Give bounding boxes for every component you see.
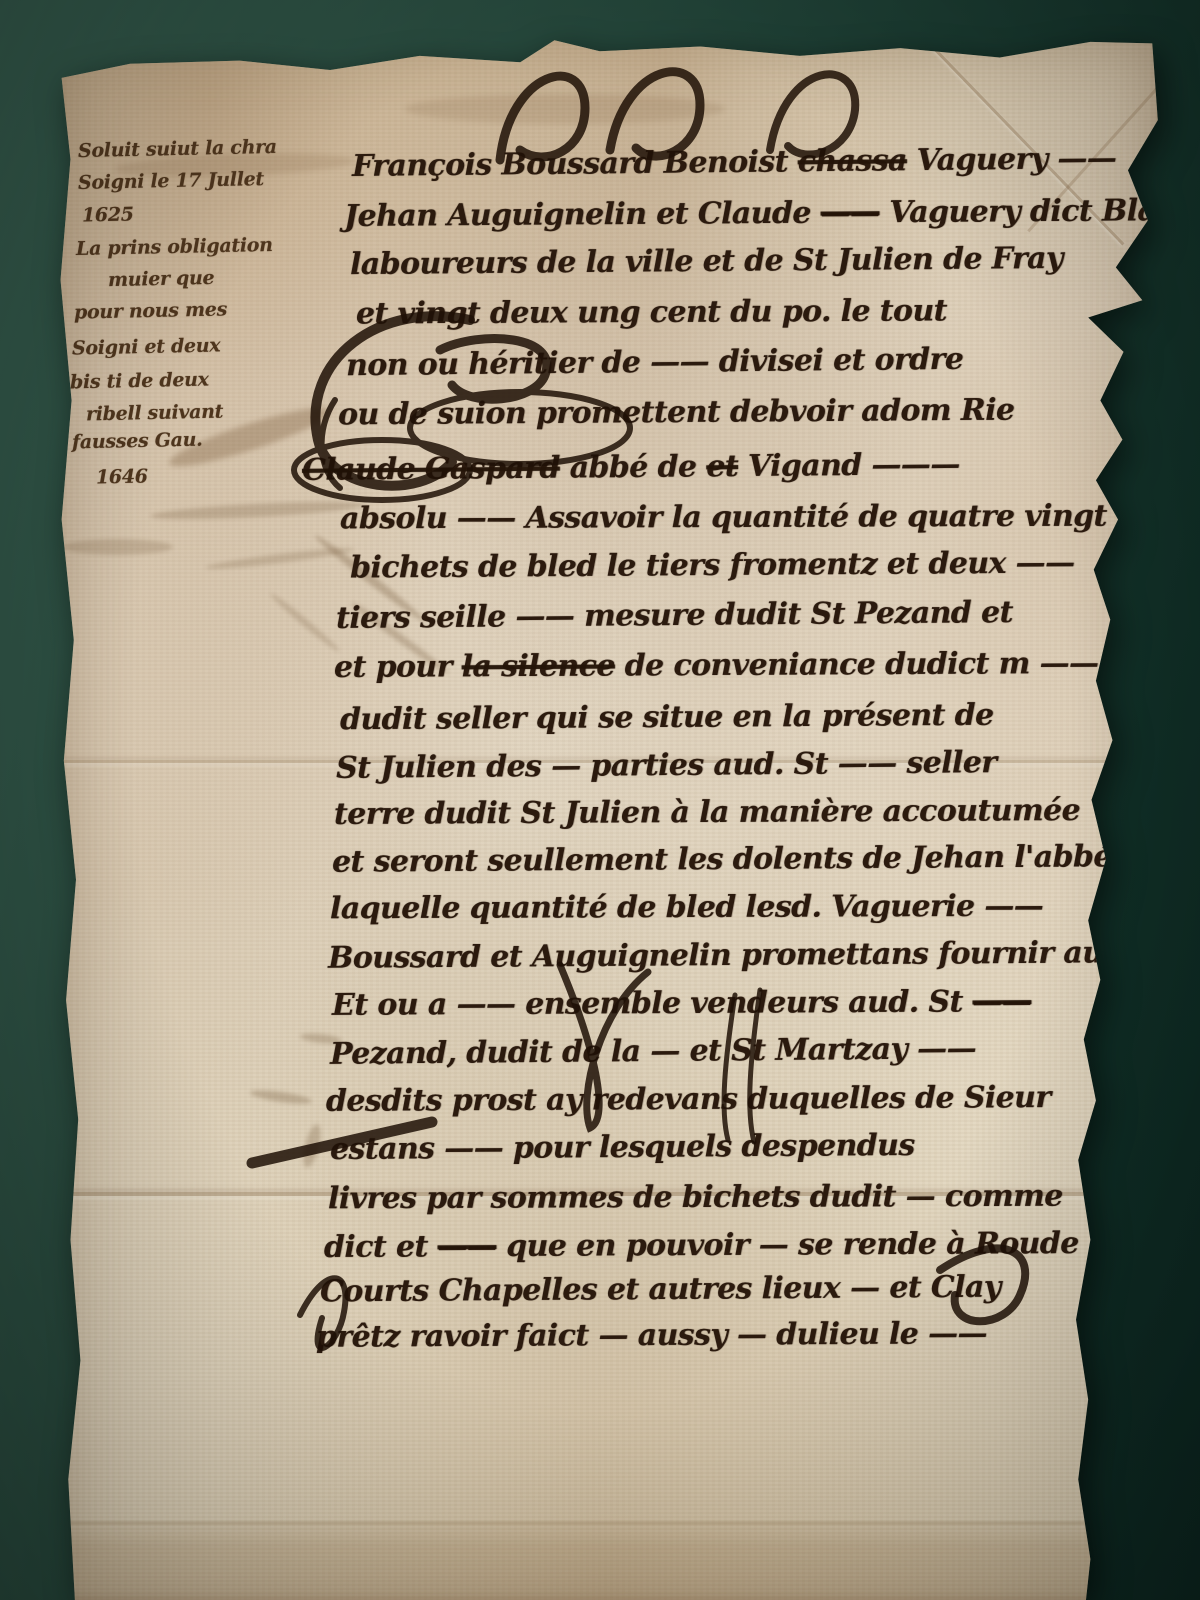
line-text: Boussard et Auguignelin promettans fourn… (328, 935, 1134, 976)
manuscript-paper: Soluit suiut la chraSoigni le 17 Jullet1… (55, 34, 1160, 1600)
margin-note: bis ti de deux (70, 369, 209, 394)
line-text: Vaguery —— (907, 141, 1117, 178)
line-text: laboureurs de la ville et de St Julien d… (350, 241, 1063, 282)
margin-note: Soluit suiut la chra (78, 136, 277, 162)
manuscript-line: tiers seille —— mesure dudit St Pezand e… (336, 595, 1013, 636)
manuscript-line: Et ou a —— ensemble vendeurs aud. St —— (332, 984, 1032, 1023)
line-text: Vaguery dict Blanc (879, 193, 1195, 230)
margin-note: Soigni le 17 Jullet (78, 168, 264, 194)
line-text: abbé de (560, 449, 707, 485)
line-text: prêtz ravoir faict — aussy — dulieu le —… (316, 1316, 987, 1355)
margin-note: pour nous mes (74, 298, 227, 323)
line-text: et seront seullement les dolents de Jeha… (332, 839, 1112, 879)
manuscript-line: François Boussard Benoist chassa Vaguery… (352, 141, 1117, 184)
line-text: non ou héritier de —— divisei et ordre (346, 342, 964, 383)
struck-text: —— (437, 1229, 496, 1264)
ink-mark (250, 1088, 313, 1107)
line-text: laquelle quantité de bled lesd. Vaguerie… (330, 889, 1043, 926)
manuscript-line: Jehan Auguignelin et Claude —— Vaguery d… (344, 193, 1195, 234)
bleedthrough-mark (405, 94, 725, 124)
ink-offset-smear (63, 539, 173, 555)
line-text: bichets de bled le tiers fromentz et deu… (350, 545, 1075, 585)
manuscript-line: laquelle quantité de bled lesd. Vaguerie… (330, 889, 1043, 926)
line-text: St Julien des — parties aud. St —— selle… (336, 745, 997, 786)
line-text: ou de suion promettent debvoir adom Rie (338, 393, 1015, 433)
margin-note: 1625 (82, 203, 134, 226)
manuscript-line: dudit seller qui se situe en la présent … (340, 698, 994, 738)
struck-text: Claude Gaspard (302, 451, 560, 488)
struck-text: la silence (462, 649, 615, 685)
line-text: et pour (334, 649, 462, 685)
line-text: dict et (324, 1229, 438, 1265)
line-text: que en pouvoir — se rende à Roude (496, 1226, 1079, 1264)
struck-text: et (706, 449, 738, 484)
ink-flourish-top-loop-3 (770, 74, 855, 154)
line-text: Et ou a —— ensemble vendeurs aud. St (332, 984, 973, 1022)
line-text: livres par sommes de bichets dudit — com… (328, 1179, 1063, 1217)
line-text: desdits prost ay redevans duquelles de S… (326, 1080, 1051, 1119)
manuscript-line: terre dudit St Julien à la manière accou… (334, 793, 1080, 832)
line-text: absolu —— Assavoir la quantité de quatre… (340, 499, 1107, 537)
manuscript-line: et vingt deux ung cent du po. le tout (356, 293, 947, 331)
manuscript-line: prêtz ravoir faict — aussy — dulieu le —… (316, 1316, 987, 1355)
line-text: terre dudit St Julien à la manière accou… (334, 793, 1080, 832)
ink-stroke-mark (268, 591, 341, 654)
line-text: Vigand ——— (738, 447, 960, 484)
line-text: Jehan Auguignelin et Claude (344, 196, 821, 234)
manuscript-line: ou de suion promettent debvoir adom Rie (338, 393, 1015, 433)
line-text: dudit seller qui se situe en la présent … (340, 698, 994, 738)
manuscript-line: Claude Gaspard abbé de et Vigand ——— (302, 447, 960, 488)
manuscript-line: livres par sommes de bichets dudit — com… (328, 1179, 1063, 1217)
margin-note: ribell suivant (86, 401, 224, 426)
manuscript-line: absolu —— Assavoir la quantité de quatre… (340, 499, 1107, 537)
struck-text: —— (820, 195, 879, 230)
manuscript-line: non ou héritier de —— divisei et ordre (346, 342, 964, 383)
margin-note: La prins obligation (76, 234, 273, 260)
photo-backdrop: Soluit suiut la chraSoigni le 17 Jullet1… (0, 0, 1200, 1600)
line-text: et vingt deux ung cent du po. le tout (356, 293, 947, 331)
paper-wrapper: Soluit suiut la chraSoigni le 17 Jullet1… (0, 0, 1200, 1600)
manuscript-line: St Julien des — parties aud. St —— selle… (336, 745, 997, 786)
manuscript-line: Boussard et Auguignelin promettans fourn… (328, 935, 1134, 976)
line-text: estans —— pour lesquels despendus (330, 1128, 915, 1167)
line-text: de conveniance dudict m —— (615, 646, 1099, 684)
line-text: Courts Chapelles et autres lieux — et Cl… (320, 1270, 1001, 1310)
ink-mark (300, 1123, 324, 1169)
struck-text: —— (972, 984, 1031, 1019)
manuscript-line: laboureurs de la ville et de St Julien d… (350, 241, 1063, 282)
manuscript-line: et pour la silence de conveniance dudict… (334, 646, 1099, 685)
line-text: Pezand, dudit de la — et St Martzay —— (330, 1031, 976, 1072)
manuscript-line: dict et —— que en pouvoir — se rende à R… (324, 1226, 1079, 1265)
manuscript-line: Pezand, dudit de la — et St Martzay —— (330, 1031, 976, 1072)
margin-note: 1646 (96, 465, 148, 488)
margin-note: Soigni et deux (72, 334, 221, 359)
margin-note: fausses Gau. (72, 429, 203, 454)
line-text: François Boussard Benoist (352, 144, 798, 184)
manuscript-line: Courts Chapelles et autres lieux — et Cl… (320, 1270, 1001, 1310)
manuscript-line: desdits prost ay redevans duquelles de S… (326, 1080, 1051, 1119)
margin-note: muier que (108, 267, 215, 291)
manuscript-line: bichets de bled le tiers fromentz et deu… (350, 545, 1075, 585)
ink-offset-smear (150, 498, 365, 522)
manuscript-line: et seront seullement les dolents de Jeha… (332, 839, 1112, 879)
struck-text: chassa (798, 143, 908, 179)
manuscript-line: estans —— pour lesquels despendus (330, 1128, 915, 1167)
line-text: tiers seille —— mesure dudit St Pezand e… (336, 595, 1013, 636)
water-stain-band (55, 1522, 1160, 1600)
